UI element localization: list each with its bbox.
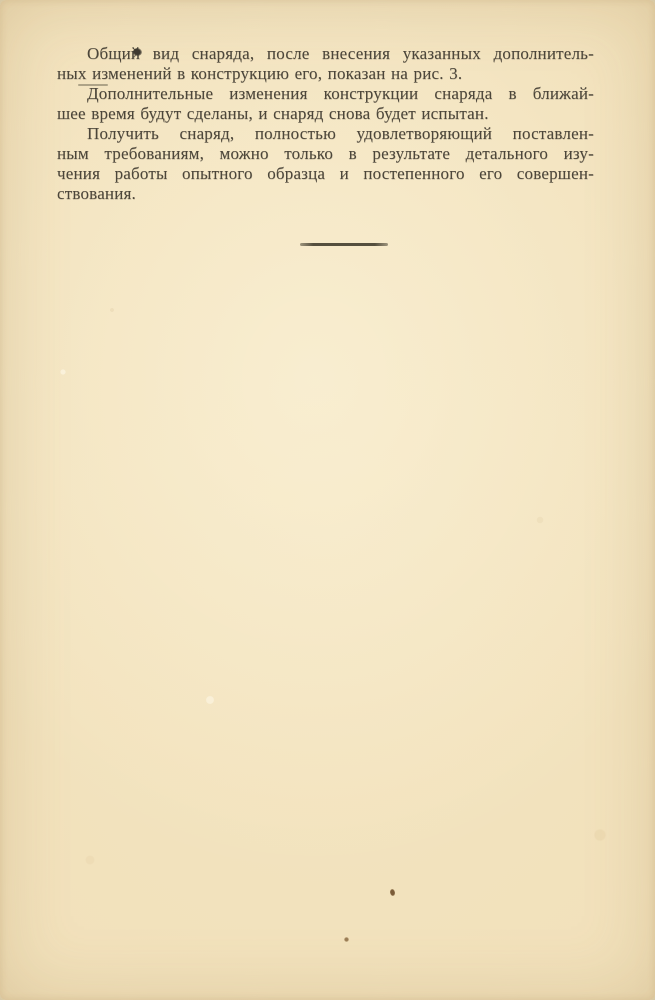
body-text-block: Общий вид снаряда, после внесения указан… <box>57 44 594 204</box>
text-line: ных изменений в конструкцию его, показан… <box>57 64 594 84</box>
text-line: ным требованиям, можно только в результа… <box>57 144 594 164</box>
stray-underline-mark <box>78 84 108 86</box>
paper-speck <box>389 889 395 897</box>
paper-speck <box>344 937 349 942</box>
text-line: шее время будут сделаны, и снаряд снова … <box>57 104 594 124</box>
scanned-page: Общий вид снаряда, после внесения указан… <box>0 0 655 1000</box>
section-divider-rule <box>300 243 388 246</box>
text-line: Дополнительные изменения конструкции сна… <box>57 84 594 104</box>
text-line: ствования. <box>57 184 594 204</box>
text-line: Получить снаряд, полностью удовлетворяющ… <box>57 124 594 144</box>
text-line: чения работы опытного образца и постепен… <box>57 164 594 184</box>
